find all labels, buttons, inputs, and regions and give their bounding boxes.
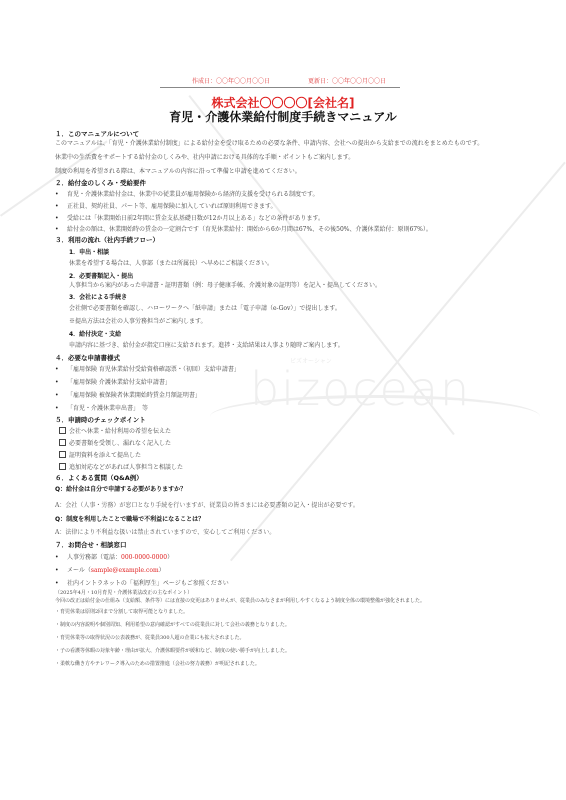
note-item: ・子の看護等休暇の対象年齢・理由が拡大、介護休暇要件が緩和など、制度の使い勝手が… [55, 647, 525, 655]
section-heading: ６．よくある質問（Q&A例） [55, 474, 525, 483]
checkbox-icon[interactable] [59, 463, 66, 470]
note-item: ・育児休業は原則2回まで分割して取得可能となりました。 [55, 608, 525, 616]
document-page: ビズオーシャン bizocean 作成日：〇〇年〇〇月〇〇日 更新日：〇〇年〇〇… [0, 0, 566, 800]
list-item: 「雇用保険 育児休業給付受給資格確認票・（初回）支給申請書」 [55, 365, 525, 374]
step-title: 2．必要書類記入・提出 [55, 272, 525, 281]
step-text: 申請内容に基づき、給付金が指定口座に支給されます。進捗・支給結果は人事より随時ご… [55, 341, 525, 350]
updated-date: 更新日：〇〇年〇〇月〇〇日 [308, 76, 386, 85]
checklist-item: 必要書類を受領し、漏れなく記入した [55, 439, 525, 448]
faq-answer: A：法律により不利益な扱いは禁止されていますので、安心してご利用ください。 [55, 528, 525, 537]
checklist-item: 証明資料を添えて提出した [55, 451, 525, 460]
note-item: ・育児休業等の取得状況の公表義務が、従業員300人超の企業にも拡大されました。 [55, 634, 525, 642]
paragraph: 制度の利用を希望される際は、本マニュアルの内容に沿って準備と申請を進めてください… [55, 167, 525, 176]
checklist-item: 追加対応などがあれば人事担当と相談した [55, 463, 525, 472]
phone-number[interactable]: 000-0000-0000 [121, 554, 167, 561]
document-title: 育児・介護休業給付制度手続きマニュアル [0, 108, 566, 125]
list-item: 給付金の額は、休業開始時の賃金の一定割合です（育児休業給付：開始から6か月間は6… [55, 225, 525, 234]
list-item: 「育児・介護休業申出書」 等 [55, 404, 525, 413]
step-note: ※提出方法は会社の人事労務担当がご案内します。 [55, 317, 525, 326]
section-heading: ３．利用の流れ（社内手続フロー） [55, 236, 525, 245]
contact-email: メール（sample@example.com） [55, 566, 525, 575]
list-item: 育児・介護休業給付金は、休業中の従業員が雇用保険から経済的支援を受けられる制度で… [55, 190, 525, 199]
section-heading: ４．必要な申請書様式 [55, 354, 525, 363]
email-link[interactable]: sample@example.com [91, 567, 159, 574]
section-heading: ７．お問合せ・相談窓口 [55, 541, 525, 550]
paragraph: 休業中の生活費をサポートする給付金のしくみや、社内申請における具体的な手順・ポイ… [55, 153, 525, 162]
document-body: １．このマニュアルについて このマニュアルは、「育児・介護休業給付制度」による給… [55, 128, 525, 668]
section-heading: ２．給付金のしくみ・受給要件 [55, 179, 525, 188]
step-text: 休業を希望する場合は、人事部（または所属長）へ早めにご相談ください。 [55, 259, 525, 268]
step-title: 1．申出・相談 [55, 248, 525, 257]
checkbox-icon[interactable] [59, 451, 66, 458]
step-text: 人事担当から案内があった申請書・証明書類（例：母子健康手帳、介護対象の証明等）を… [55, 281, 525, 290]
notes-intro: 今回の改正は給付金の仕組み（支給額、条件等）には直接の変更はありませんが、従業員… [55, 597, 525, 605]
note-item: ・柔軟な働き方やテレワーク導入のための措置推進（会社の努力義務）が明記されました… [55, 660, 525, 668]
created-date: 作成日：〇〇年〇〇月〇〇日 [192, 76, 270, 85]
checkbox-icon[interactable] [59, 427, 66, 434]
faq-question: Q：給付金は自分で申請する必要がありますか？ [55, 485, 525, 494]
step-title: 3．会社による手続き [55, 293, 525, 302]
paragraph: このマニュアルは、「育児・介護休業給付制度」による給付金を受け取るための必要な条… [55, 139, 525, 148]
faq-question: Q：制度を利用したことで職場で不利益になることは？ [55, 515, 525, 524]
note-item: ・制度の内容説明や個別周知、利用希望の意向確認がすべての従業員に対して会社の義務… [55, 621, 525, 629]
faq-answer: A：会社（人事・労務）が窓口となり手続を行いますが、従業員の皆さまには必要書類の… [55, 501, 525, 510]
list-item: 「雇用保険 被保険者休業開始時賃金月額証明書」 [55, 391, 525, 400]
contact-phone: 人事労務部（電話：000-0000-0000） [55, 553, 525, 562]
step-title: 4．給付決定・支給 [55, 330, 525, 339]
section-heading: ５．申請時のチェックポイント [55, 416, 525, 425]
checklist-item: 会社へ休業・給付利用の希望を伝えた [55, 427, 525, 436]
section-heading: １．このマニュアルについて [55, 130, 525, 139]
date-line: 作成日：〇〇年〇〇月〇〇日 更新日：〇〇年〇〇月〇〇日 [160, 76, 400, 88]
list-item: 受給には「休業開始日前2年間に賃金支払基礎日数が12か月以上ある」などの条件があ… [55, 214, 525, 223]
list-item: 正社員、契約社員、パート等、雇用保険に加入していれば原則利用できます。 [55, 202, 525, 211]
step-text: 会社側で必要書類を確認し、ハローワークへ「紙申請」または「電子申請（e-Gov）… [55, 304, 525, 313]
contact-intranet: 社内イントラネットの「福利厚生」ページもご参照ください [55, 579, 525, 588]
notes-heading: （2025年4月・10月育児・介護休業法改正の主なポイント） [55, 589, 525, 597]
checkbox-icon[interactable] [59, 439, 66, 446]
list-item: 「雇用保険 介護休業給付支給申請書」 [55, 378, 525, 387]
